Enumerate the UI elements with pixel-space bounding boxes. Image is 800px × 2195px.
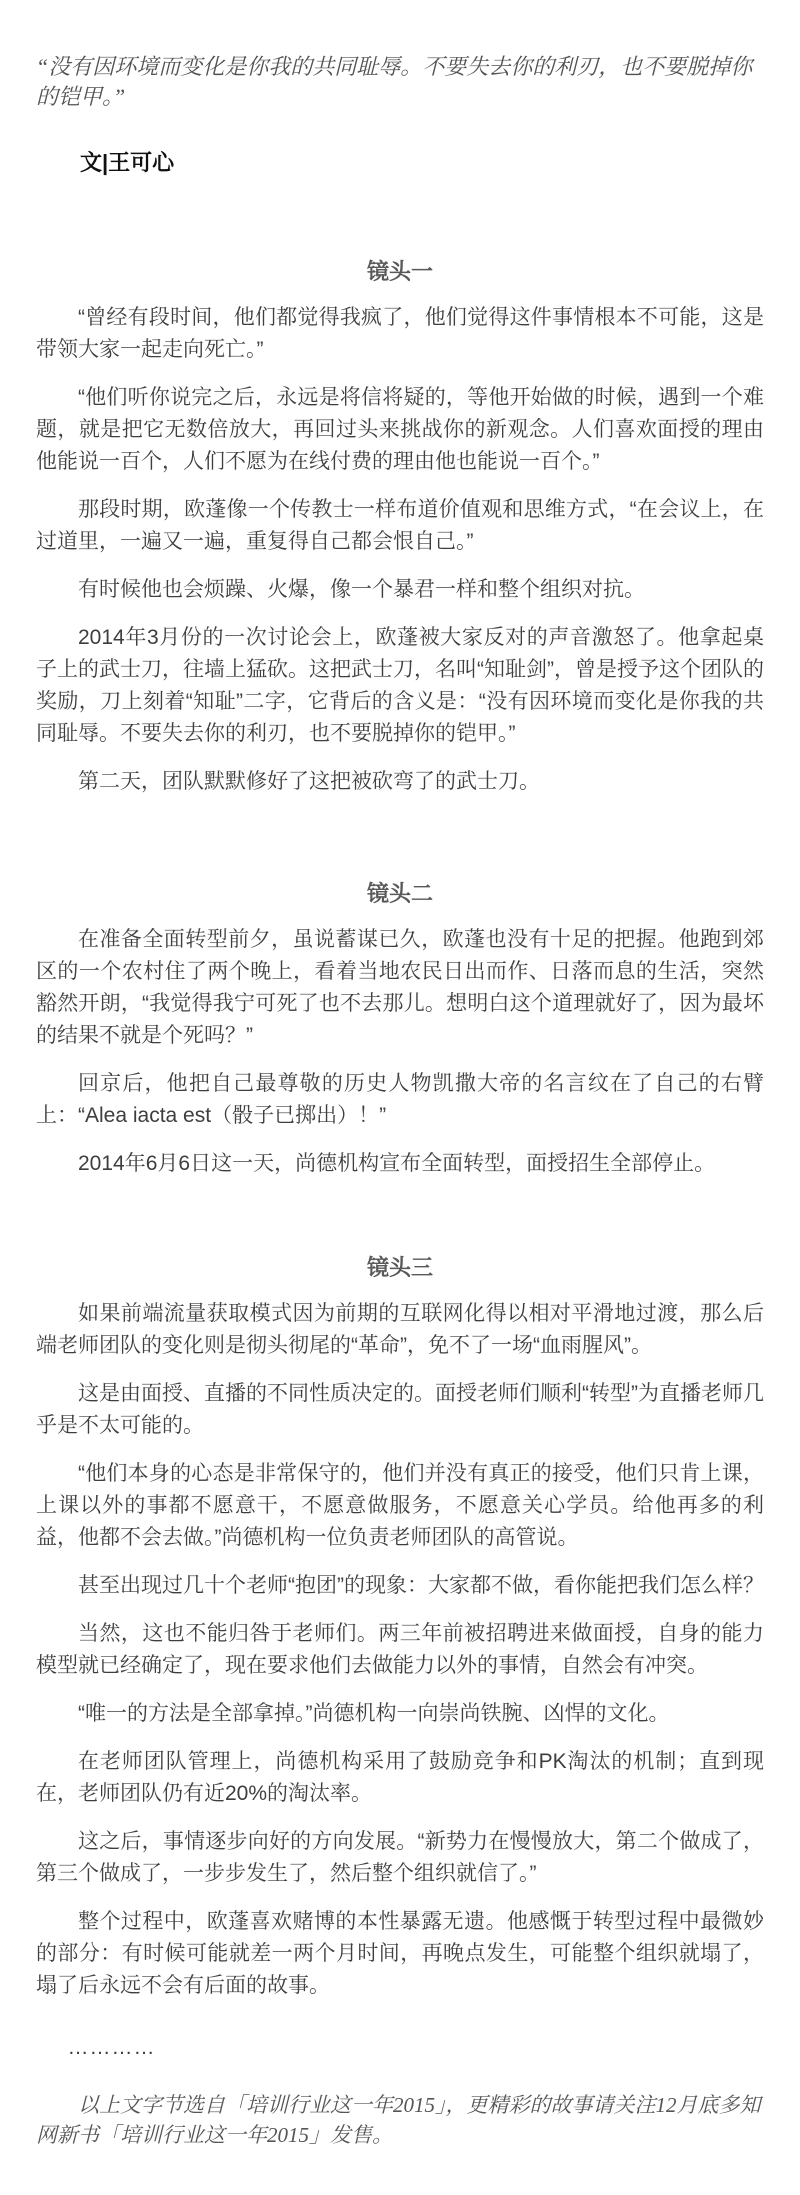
section-scene-2: 镜头二 在准备全面转型前夕，虽说蓄谋已久，欧蓬也没有十足的把握。他跑到郊区的一个…: [36, 878, 764, 1180]
section-3-heading: 镜头三: [36, 1252, 764, 1284]
section-scene-1: 镜头一 “曾经有段时间，他们都觉得我疯了，他们觉得这件事情根本不可能，这是带领大…: [36, 256, 764, 798]
article-page: “没有因环境而变化是你我的共同耻辱。不要失去你的利刃，也不要脱掉你的铠甲。” 文…: [0, 0, 800, 2195]
section-3-paragraph-8: 这之后，事情逐步向好的方向发展。“新势力在慢慢放大，第二个做成了，第三个做成了，…: [36, 1826, 764, 1890]
section-3-paragraph-5: 当然，这也不能归咎于老师们。两三年前被招聘进来做面授，自身的能力模型就已经确定了…: [36, 1618, 764, 1682]
section-3-paragraph-4: 甚至出现过几十个老师“抱团”的现象：大家都不做，看你能把我们怎么样？: [36, 1570, 764, 1602]
section-1-paragraph-4: 有时候他也会烦躁、火爆，像一个暴君一样和整个组织对抗。: [36, 574, 764, 606]
section-3-paragraph-3: “他们本身的心态是非常保守的，他们并没有真正的接受，他们只肯上课，上课以外的事都…: [36, 1458, 764, 1554]
section-1-paragraph-5: 2014年3月份的一次讨论会上，欧蓬被大家反对的声音激怒了。他拿起桌子上的武士刀…: [36, 622, 764, 750]
footer-note: 以上文字节选自「培训行业这一年2015」，更精彩的故事请关注12月底多知网新书「…: [36, 2090, 764, 2150]
ellipsis-line: …………: [36, 2032, 764, 2064]
byline: 文|王可心: [36, 148, 764, 178]
section-2-paragraph-3: 2014年6月6日这一天，尚德机构宣布全面转型，面授招生全部停止。: [36, 1148, 764, 1180]
section-1-paragraph-2: “他们听你说完之后，永远是将信将疑的，等他开始做的时候，遇到一个难题，就是把它无…: [36, 382, 764, 478]
section-2-paragraph-1: 在准备全面转型前夕，虽说蓄谋已久，欧蓬也没有十足的把握。他跑到郊区的一个农村住了…: [36, 924, 764, 1052]
section-2-heading: 镜头二: [36, 878, 764, 910]
section-1-heading: 镜头一: [36, 256, 764, 288]
section-1-paragraph-1: “曾经有段时间，他们都觉得我疯了，他们觉得这件事情根本不可能，这是带领大家一起走…: [36, 302, 764, 366]
section-3-paragraph-9: 整个过程中，欧蓬喜欢赌博的本性暴露无遗。他感慨于转型过程中最微妙的部分：有时候可…: [36, 1906, 764, 2002]
section-2-paragraph-2: 回京后，他把自己最尊敬的历史人物凯撒大帝的名言纹在了自己的右臂上：“Alea i…: [36, 1068, 764, 1132]
section-3-paragraph-7: 在老师团队管理上，尚德机构采用了鼓励竞争和PK淘汰的机制；直到现在，老师团队仍有…: [36, 1746, 764, 1810]
section-3-paragraph-2: 这是由面授、直播的不同性质决定的。面授老师们顺利“转型”为直播老师几乎是不太可能…: [36, 1378, 764, 1442]
section-3-paragraph-6: “唯一的方法是全部拿掉。”尚德机构一向崇尚铁腕、凶悍的文化。: [36, 1698, 764, 1730]
section-1-paragraph-6: 第二天，团队默默修好了这把被砍弯了的武士刀。: [36, 766, 764, 798]
intro-quote: “没有因环境而变化是你我的共同耻辱。不要失去你的利刃，也不要脱掉你的铠甲。”: [36, 52, 764, 112]
section-1-paragraph-3: 那段时期，欧蓬像一个传教士一样布道价值观和思维方式，“在会议上，在过道里，一遍又…: [36, 494, 764, 558]
section-scene-3: 镜头三 如果前端流量获取模式因为前期的互联网化得以相对平滑地过渡，那么后端老师团…: [36, 1252, 764, 2002]
section-3-paragraph-1: 如果前端流量获取模式因为前期的互联网化得以相对平滑地过渡，那么后端老师团队的变化…: [36, 1298, 764, 1362]
